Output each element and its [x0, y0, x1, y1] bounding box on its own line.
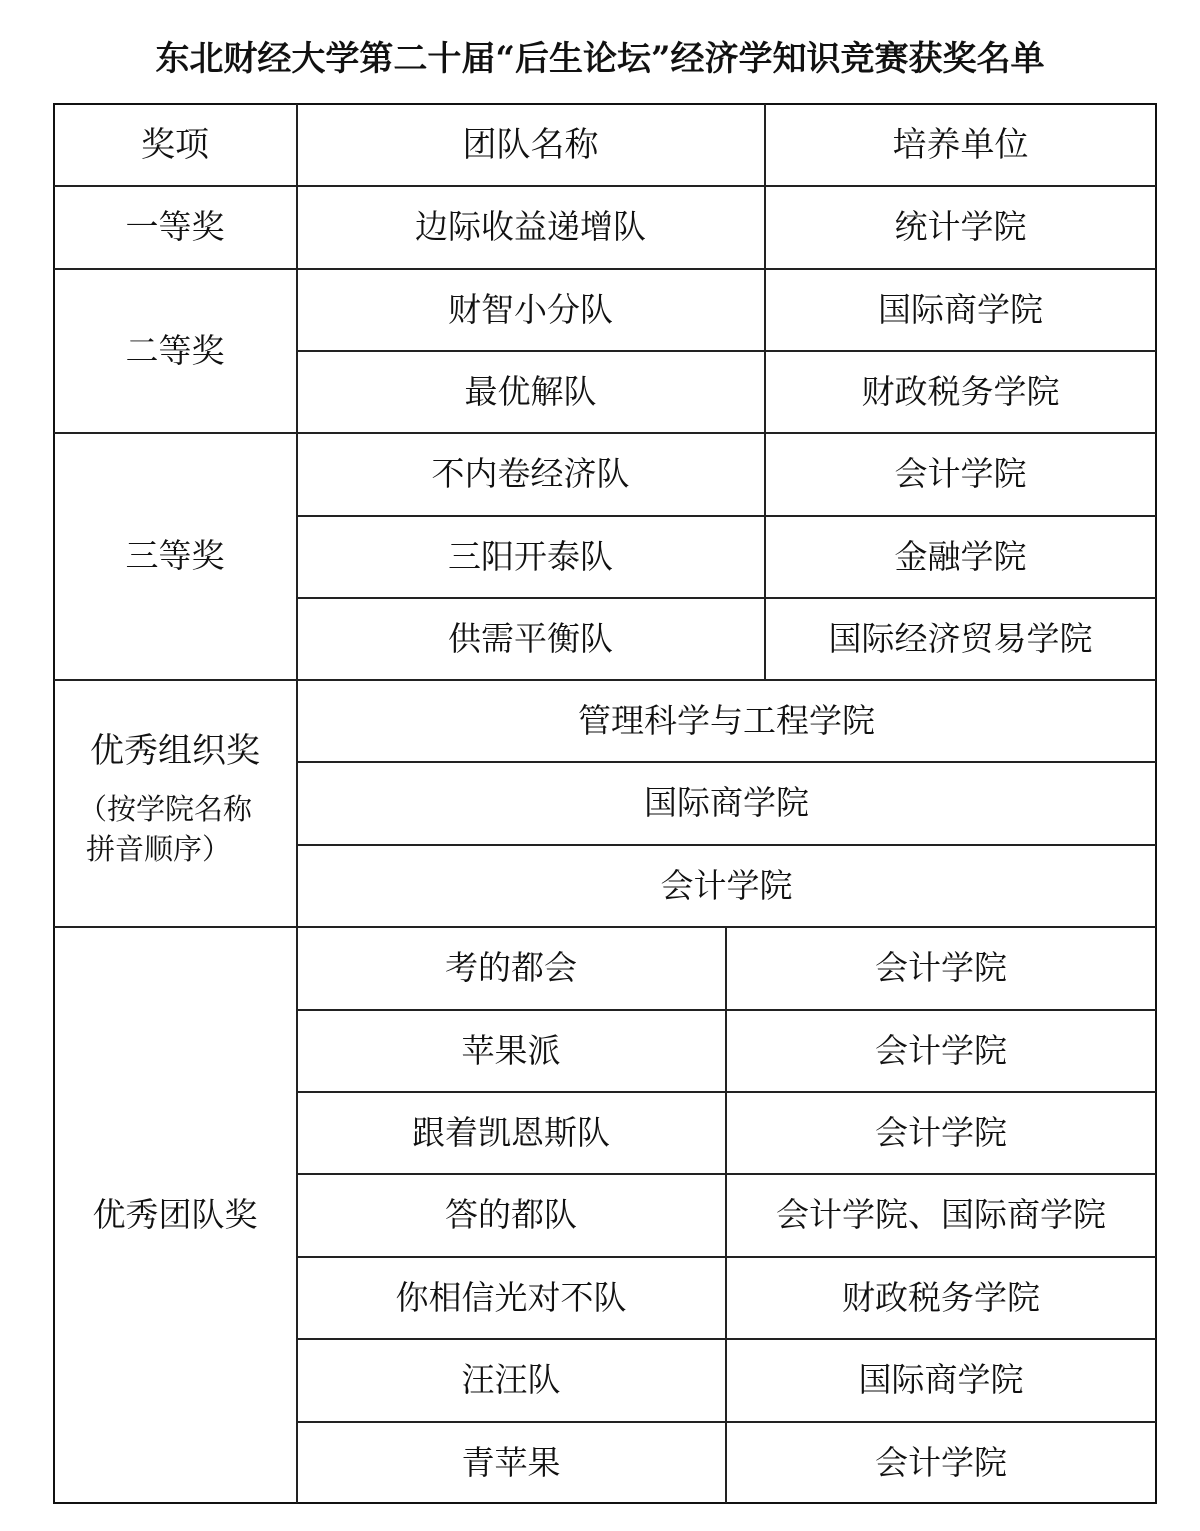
unit-name: 会计学院: [726, 927, 1156, 1009]
unit-name: 国际经济贸易学院: [765, 598, 1156, 679]
unit-name: 财政税务学院: [765, 351, 1156, 432]
award-organization-note: （按学院名称: [78, 789, 258, 829]
unit-name: 会计学院: [726, 1010, 1156, 1091]
header-award: 奖项: [54, 104, 296, 186]
award-second-prize: 二等奖: [54, 269, 296, 432]
organization-unit: 管理科学与工程学院: [297, 680, 1156, 761]
unit-name: 国际商学院: [726, 1339, 1156, 1421]
team-name: 边际收益递增队: [297, 186, 764, 268]
document-title: 东北财经大学第二十届“后生论坛”经济学知识竞赛获奖名单: [0, 34, 1200, 84]
organization-unit: 国际商学院: [297, 762, 1156, 844]
unit-name: 会计学院、国际商学院: [726, 1174, 1156, 1256]
award-organization-label-group: 优秀组织奖 （按学院名称 拼音顺序）: [84, 729, 266, 869]
team-name: 青苹果: [297, 1422, 725, 1503]
team-name: 苹果派: [297, 1010, 725, 1091]
unit-name: 会计学院: [726, 1422, 1156, 1503]
unit-name: 统计学院: [765, 186, 1156, 268]
team-name: 汪汪队: [297, 1339, 725, 1421]
team-name: 最优解队: [297, 351, 764, 432]
organization-unit: 会计学院: [297, 845, 1156, 926]
header-unit: 培养单位: [765, 104, 1156, 186]
team-name: 跟着凯恩斯队: [297, 1092, 725, 1173]
award-first-prize: 一等奖: [54, 186, 296, 268]
award-organization-label: 优秀组织奖: [90, 729, 260, 773]
team-name: 答的都队: [297, 1174, 725, 1256]
team-name: 不内卷经济队: [297, 433, 764, 515]
team-name: 你相信光对不队: [297, 1257, 725, 1338]
award-third-prize: 三等奖: [54, 433, 296, 679]
unit-name: 金融学院: [765, 516, 1156, 597]
award-organization: 优秀组织奖 （按学院名称 拼音顺序）: [54, 680, 296, 926]
team-name: 财智小分队: [297, 269, 764, 350]
unit-name: 国际商学院: [765, 269, 1156, 350]
team-name: 供需平衡队: [297, 598, 764, 679]
team-name: 考的都会: [297, 927, 725, 1009]
unit-name: 财政税务学院: [726, 1257, 1156, 1338]
award-organization-note: 拼音顺序）: [86, 829, 266, 869]
header-team-name: 团队名称: [297, 104, 764, 186]
award-team: 优秀团队奖: [54, 927, 296, 1503]
unit-name: 会计学院: [726, 1092, 1156, 1173]
unit-name: 会计学院: [765, 433, 1156, 515]
team-name: 三阳开泰队: [297, 516, 764, 597]
